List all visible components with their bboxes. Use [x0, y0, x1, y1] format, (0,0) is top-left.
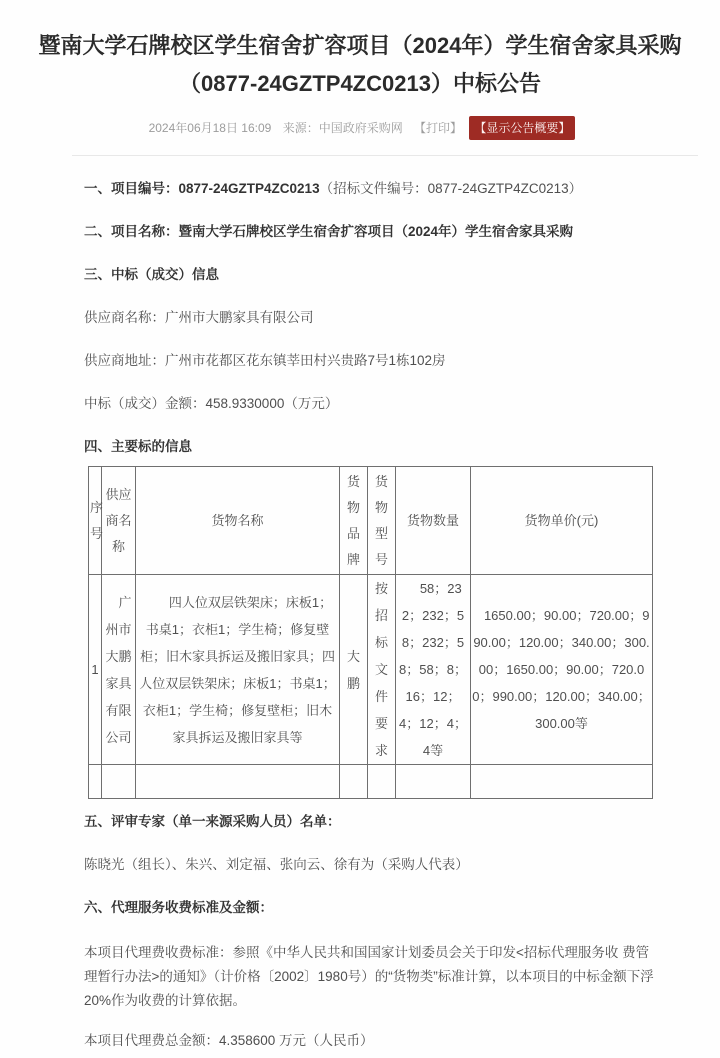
- header-cell-unit-price: 货物单价(元): [471, 467, 653, 575]
- table-row-empty: [89, 765, 653, 799]
- cell-model: 按招标文件要求: [368, 575, 396, 765]
- cell-goods-name: 四人位双层铁架床；床板1；书桌1；衣柜1；学生椅；修复壁柜；旧木家具拆运及搬旧家…: [136, 575, 340, 765]
- section-5-heading: 五、评审专家（单一来源采购人员）名单：: [84, 812, 654, 832]
- table-row: 1 广州市大鹏家具有限公司 四人位双层铁架床；床板1；书桌1；衣柜1；学生椅；修…: [89, 575, 653, 765]
- empty-cell: [368, 765, 396, 799]
- empty-cell: [340, 765, 368, 799]
- section-4-heading: 四、主要标的信息: [84, 437, 654, 457]
- section-1-heading: 一、项目编号：0877-24GZTP4ZC0213（招标文件编号：0877-24…: [84, 179, 654, 199]
- project-number-text: 一、项目编号：0877-24GZTP4ZC0213: [84, 181, 320, 196]
- announcement-page: 暨南大学石牌校区学生宿舍扩容项目（2024年）学生宿舍家具采购（0877-24G…: [0, 0, 720, 1051]
- section-6-heading: 六、代理服务收费标准及金额：: [84, 898, 654, 918]
- header-cell-supplier: 供应商名称: [102, 467, 136, 575]
- show-summary-button[interactable]: 【显示公告概要】: [469, 116, 575, 140]
- publish-datetime: 2024年06月18日 16:09: [149, 121, 272, 135]
- header-cell-brand: 货物品牌: [340, 467, 368, 575]
- section-2-heading: 二、项目名称：暨南大学石牌校区学生宿舍扩容项目（2024年）学生宿舍家具采购: [84, 222, 654, 242]
- header-cell-seq: 序号: [89, 467, 102, 575]
- empty-cell: [471, 765, 653, 799]
- cell-supplier: 广州市大鹏家具有限公司: [102, 575, 136, 765]
- fee-standard-paragraph: 本项目代理费收费标准：参照《中华人民共和国国家计划委员会关于印发<招标代理服务收…: [84, 941, 654, 1013]
- cell-seq: 1: [89, 575, 102, 765]
- cell-brand: 大鹏: [340, 575, 368, 765]
- empty-cell: [89, 765, 102, 799]
- award-amount-line: 中标（成交）金额：458.9330000（万元）: [84, 394, 654, 414]
- tender-doc-number-text: （招标文件编号：0877-24GZTP4ZC0213）: [320, 181, 583, 196]
- cell-unit-price: 1650.00；90.00；720.00；990.00；120.00；340.0…: [471, 575, 653, 765]
- meta-bar: 2024年06月18日 16:09 来源：中国政府采购网 【打印】 【显示公告概…: [0, 116, 720, 140]
- print-button[interactable]: 【打印】: [414, 121, 462, 135]
- section-3-heading: 三、中标（成交）信息: [84, 265, 654, 285]
- empty-cell: [102, 765, 136, 799]
- header-cell-quantity: 货物数量: [396, 467, 471, 575]
- supplier-address-line: 供应商地址：广州市花都区花东镇莘田村兴贵路7号1栋102房: [84, 351, 654, 371]
- goods-table: 序号 供应商名称 货物名称 货物品牌 货物型号 货物数量 货物单价(元) 1 广…: [88, 466, 653, 799]
- fee-total-line: 本项目代理费总金额：4.358600 万元（人民币）: [84, 1031, 654, 1051]
- cell-quantity: 58；232；232；58；232；58；58；8；16；12；4；12；4；4…: [396, 575, 471, 765]
- experts-line: 陈晓光（组长）、朱兴、刘定福、张向云、徐有为（采购人代表）: [84, 855, 654, 875]
- announcement-body: 一、项目编号：0877-24GZTP4ZC0213（招标文件编号：0877-24…: [0, 156, 720, 1051]
- supplier-name-line: 供应商名称：广州市大鹏家具有限公司: [84, 308, 654, 328]
- header-cell-goods-name: 货物名称: [136, 467, 340, 575]
- page-title: 暨南大学石牌校区学生宿舍扩容项目（2024年）学生宿舍家具采购（0877-24G…: [0, 0, 720, 103]
- source-text: 来源：中国政府采购网: [283, 121, 403, 135]
- table-header-row: 序号 供应商名称 货物名称 货物品牌 货物型号 货物数量 货物单价(元): [89, 467, 653, 575]
- empty-cell: [136, 765, 340, 799]
- empty-cell: [396, 765, 471, 799]
- header-cell-model: 货物型号: [368, 467, 396, 575]
